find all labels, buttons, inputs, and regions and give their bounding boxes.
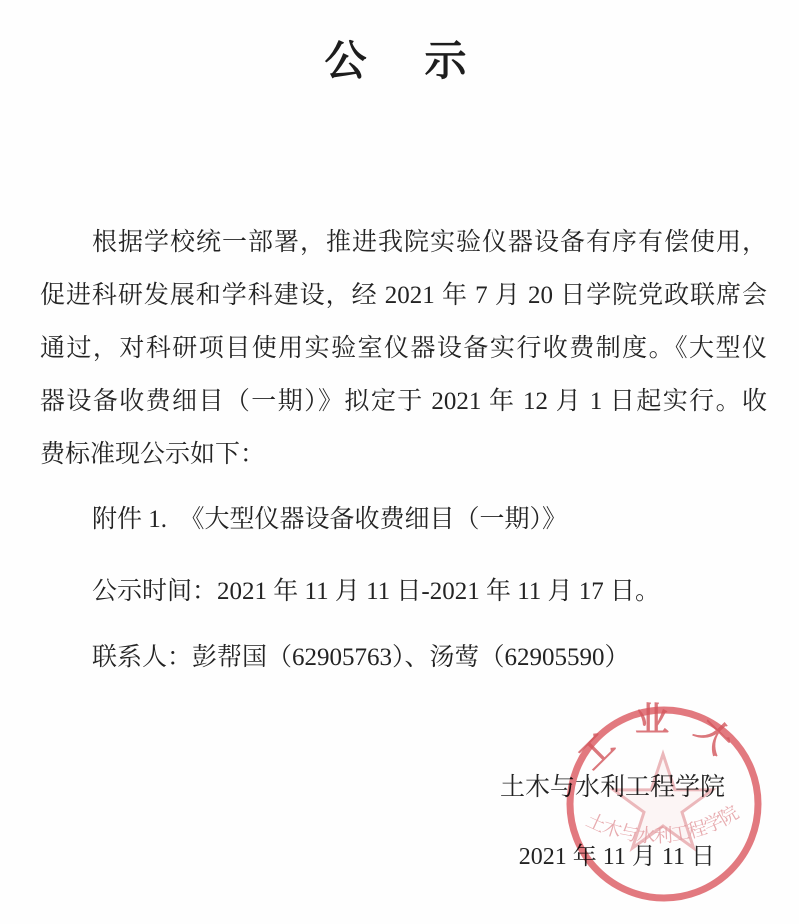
signature-line: 土木与水利工程学院: [40, 761, 767, 814]
body-line: 促进科研发展和学科建设，经 2021 年 7 月 20 日学院党政联席会: [40, 269, 767, 322]
attachment-line: 附件 1. 《大型仪器设备收费细目（一期）》: [40, 493, 767, 546]
body-line: 器设备收费细目（一期）》拟定于 2021 年 12 月 1 日起实行。收: [40, 375, 767, 428]
notice-document-page: 公 示 根据学校统一部署，推进我院实验仪器设备有序有偿使用， 促进科研发展和学科…: [0, 0, 799, 924]
notice-title: 公 示: [0, 0, 799, 90]
body-line: 费标准现公示如下：: [40, 428, 767, 481]
notice-period-line: 公示时间：2021 年 11 月 11 日-2021 年 11 月 17 日。: [40, 565, 767, 618]
body-line: 根据学校统一部署，推进我院实验仪器设备有序有偿使用，: [40, 216, 767, 269]
contact-line: 联系人：彭帮国（62905763）、汤莺（62905590）: [40, 631, 767, 684]
date-line: 2021 年 11 月 11 日: [40, 831, 767, 884]
body-line: 通过，对科研项目使用实验室仪器设备实行收费制度。《大型仪: [40, 322, 767, 375]
notice-content: 根据学校统一部署，推进我院实验仪器设备有序有偿使用， 促进科研发展和学科建设，经…: [40, 216, 767, 884]
